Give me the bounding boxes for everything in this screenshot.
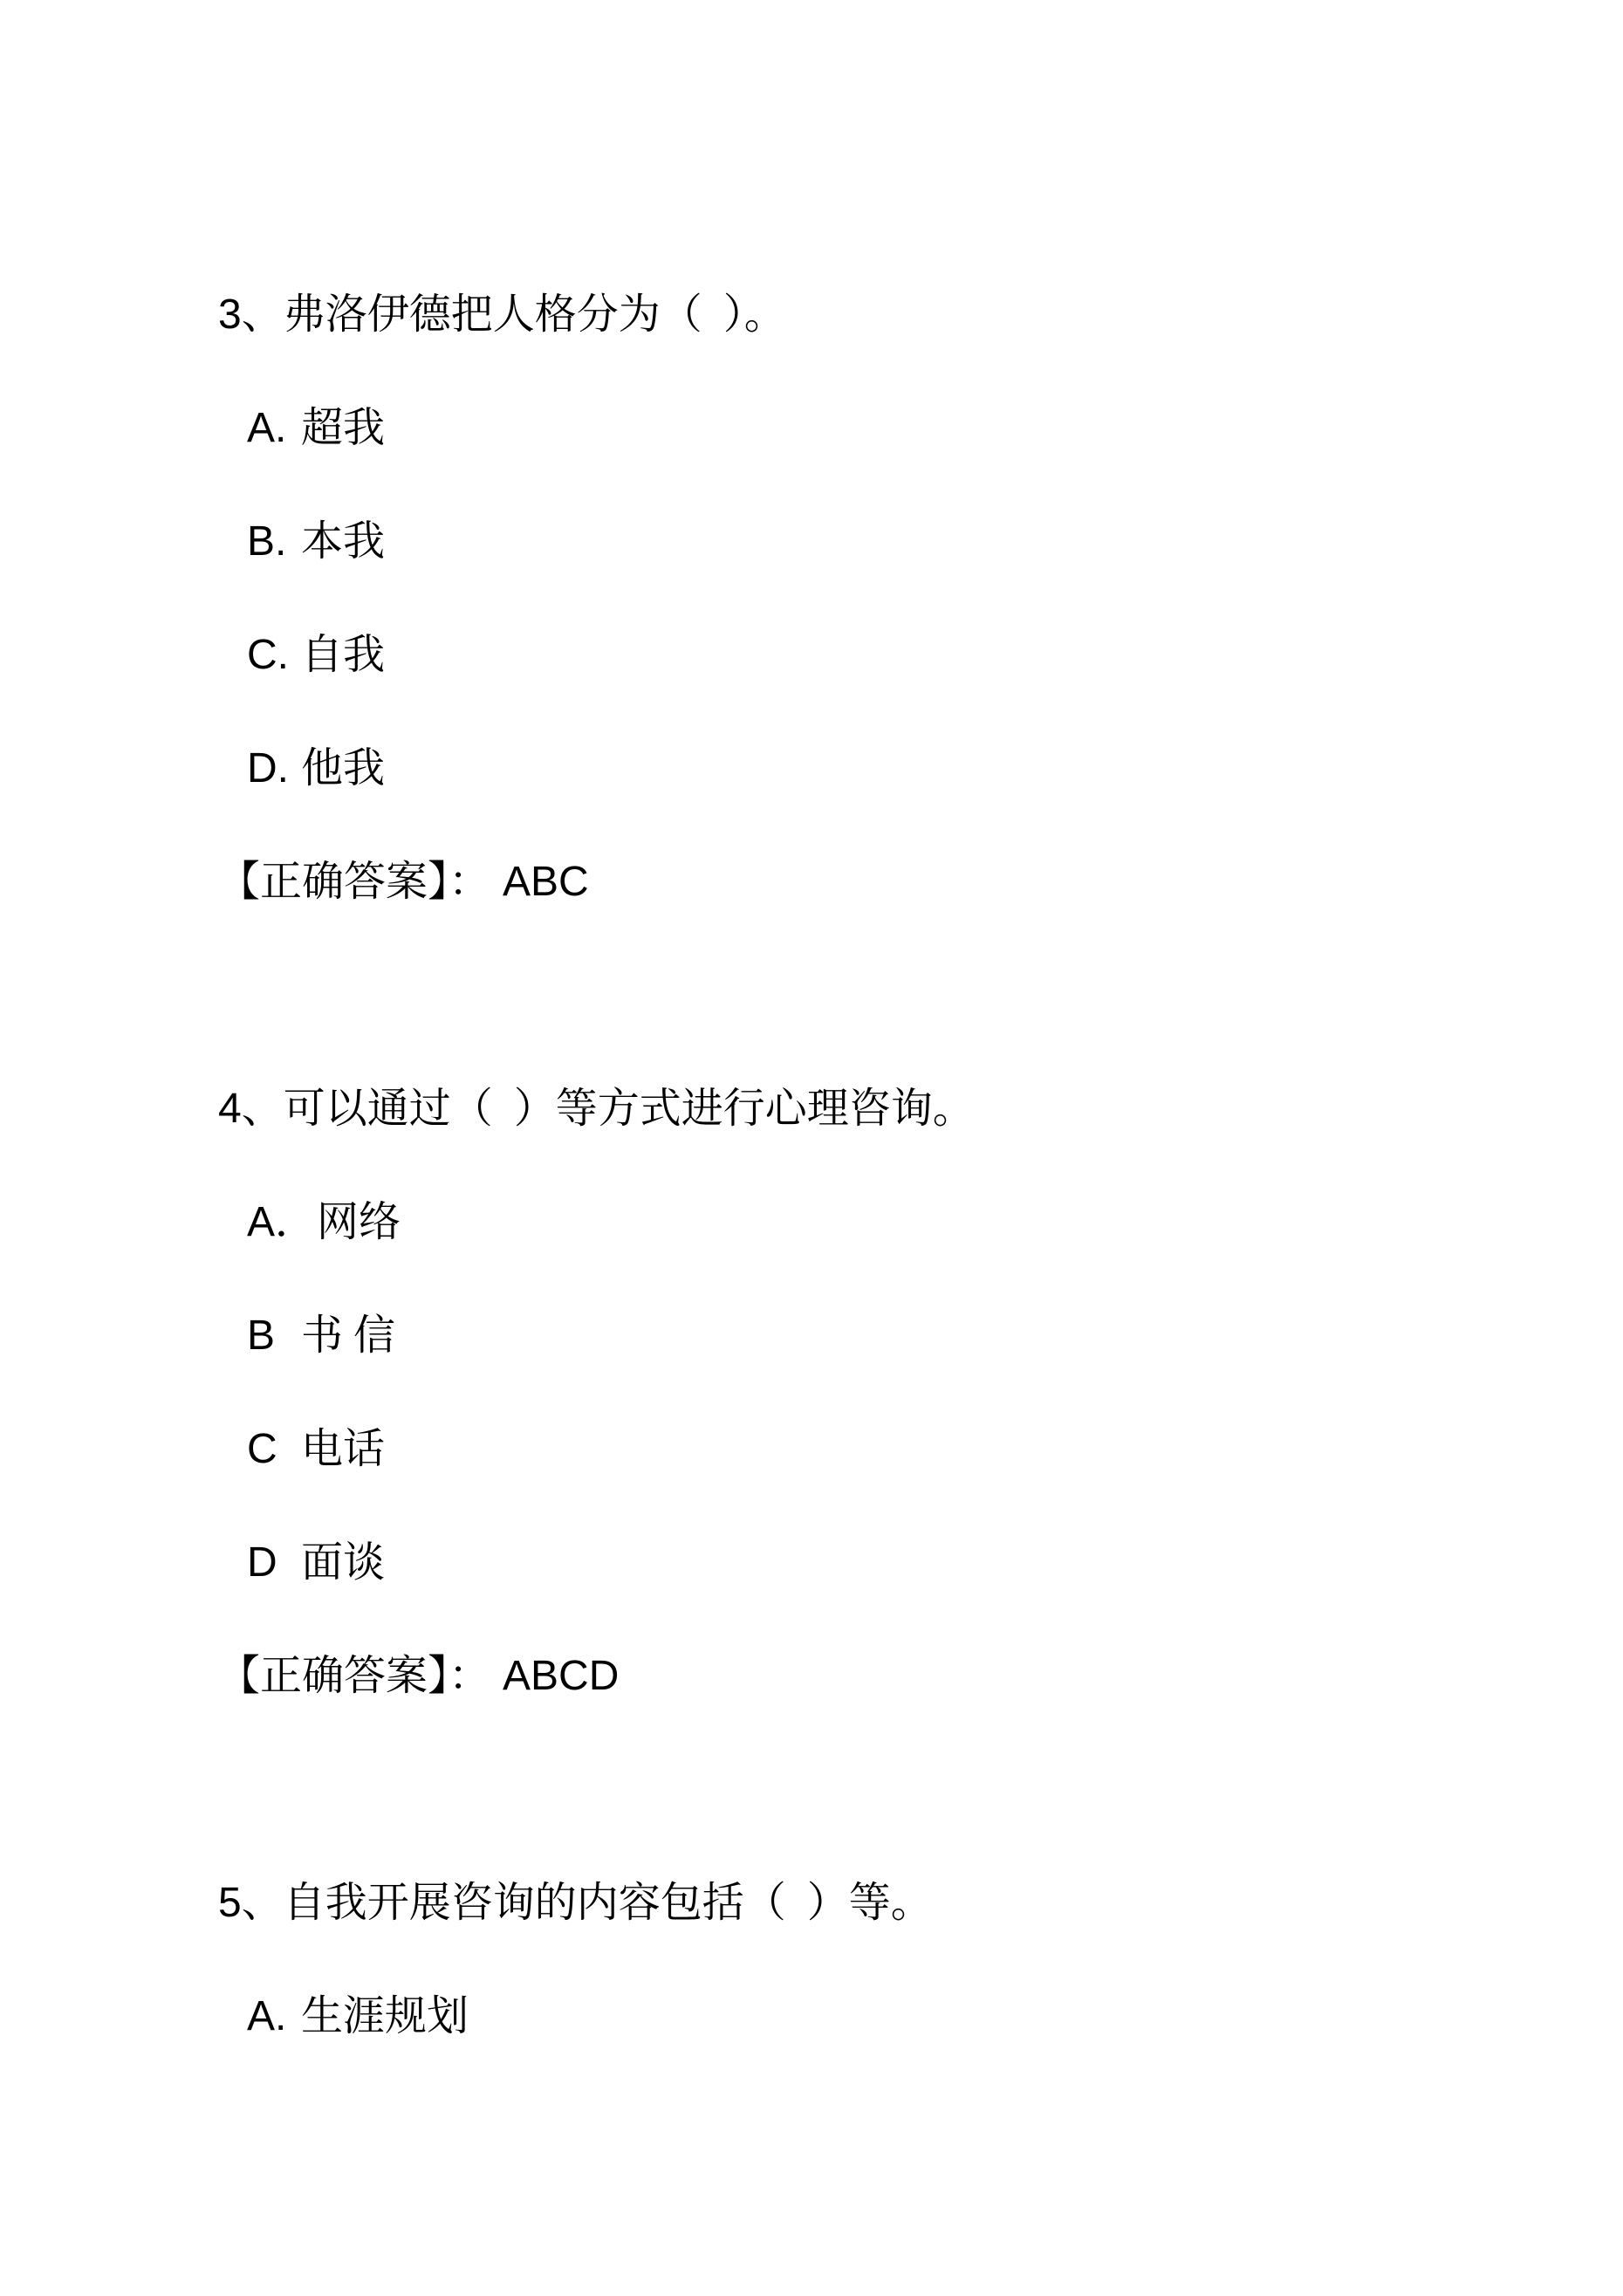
answer-label: 【正确答案】： (218, 859, 490, 905)
option-row: D.他我 (218, 712, 1518, 826)
option-text: 本我 (301, 518, 385, 565)
option-marker: C (247, 1393, 301, 1506)
question-number: 3、 (218, 258, 284, 372)
question-number: 5、 (218, 1847, 284, 1960)
option-marker: C. (247, 599, 301, 712)
option-text: 面谈 (301, 1539, 385, 1586)
question-text: 自我开展咨询的内容包括（ ）等。 (284, 1880, 933, 1926)
option-text: 网络 (317, 1199, 401, 1245)
answer-label: 【正确答案】： (218, 1653, 490, 1699)
option-marker: B (247, 1279, 301, 1393)
option-marker: A. (247, 1960, 301, 2073)
option-text: 他我 (301, 745, 385, 792)
question-text: 可以通过（ ）等方式进行心理咨询。 (284, 1086, 975, 1132)
question-text: 弗洛伊德把人格分为（ ）。 (284, 291, 786, 338)
question-title: 3、弗洛伊德把人格分为（ ）。 (218, 258, 1518, 372)
question-title: 5、自我开展咨询的内容包括（ ）等。 (218, 1847, 1518, 1960)
option-marker: A． (247, 1166, 317, 1279)
document-page: 3、弗洛伊德把人格分为（ ）。 A.超我 B.本我 C.自我 D.他我 【正确答… (0, 0, 1623, 2296)
question-number: 4、 (218, 1052, 284, 1166)
option-row: B书 信 (218, 1279, 1518, 1393)
option-marker: D (247, 1506, 301, 1620)
option-row: C.自我 (218, 599, 1518, 712)
option-row: A.生涯规划 (218, 1960, 1518, 2073)
option-row: A.超我 (218, 372, 1518, 485)
option-text: 自我 (301, 632, 385, 678)
option-row: D面谈 (218, 1506, 1518, 1620)
option-row: A．网络 (218, 1166, 1518, 1279)
option-text: 书 信 (301, 1312, 395, 1359)
option-row: C电话 (218, 1393, 1518, 1506)
option-marker: B. (247, 485, 301, 599)
answer-value: ABCD (503, 1653, 619, 1699)
option-text: 生涯规划 (301, 1993, 469, 2039)
question-block-5: 5、自我开展咨询的内容包括（ ）等。 A.生涯规划 (218, 1847, 1518, 2073)
question-block-3: 3、弗洛伊德把人格分为（ ）。 A.超我 B.本我 C.自我 D.他我 【正确答… (218, 258, 1518, 939)
option-text: 超我 (301, 405, 385, 451)
option-row: B.本我 (218, 485, 1518, 599)
option-text: 电话 (301, 1426, 385, 1472)
option-marker: A. (247, 372, 301, 485)
answer-value: ABC (503, 859, 589, 905)
answer-line: 【正确答案】：ABCD (218, 1620, 1518, 1733)
answer-line: 【正确答案】：ABC (218, 826, 1518, 939)
option-marker: D. (247, 712, 301, 826)
question-block-4: 4、可以通过（ ）等方式进行心理咨询。 A．网络 B书 信 C电话 D面谈 【正… (218, 1052, 1518, 1733)
page-content: 3、弗洛伊德把人格分为（ ）。 A.超我 B.本我 C.自我 D.他我 【正确答… (0, 0, 1623, 2073)
question-title: 4、可以通过（ ）等方式进行心理咨询。 (218, 1052, 1518, 1166)
